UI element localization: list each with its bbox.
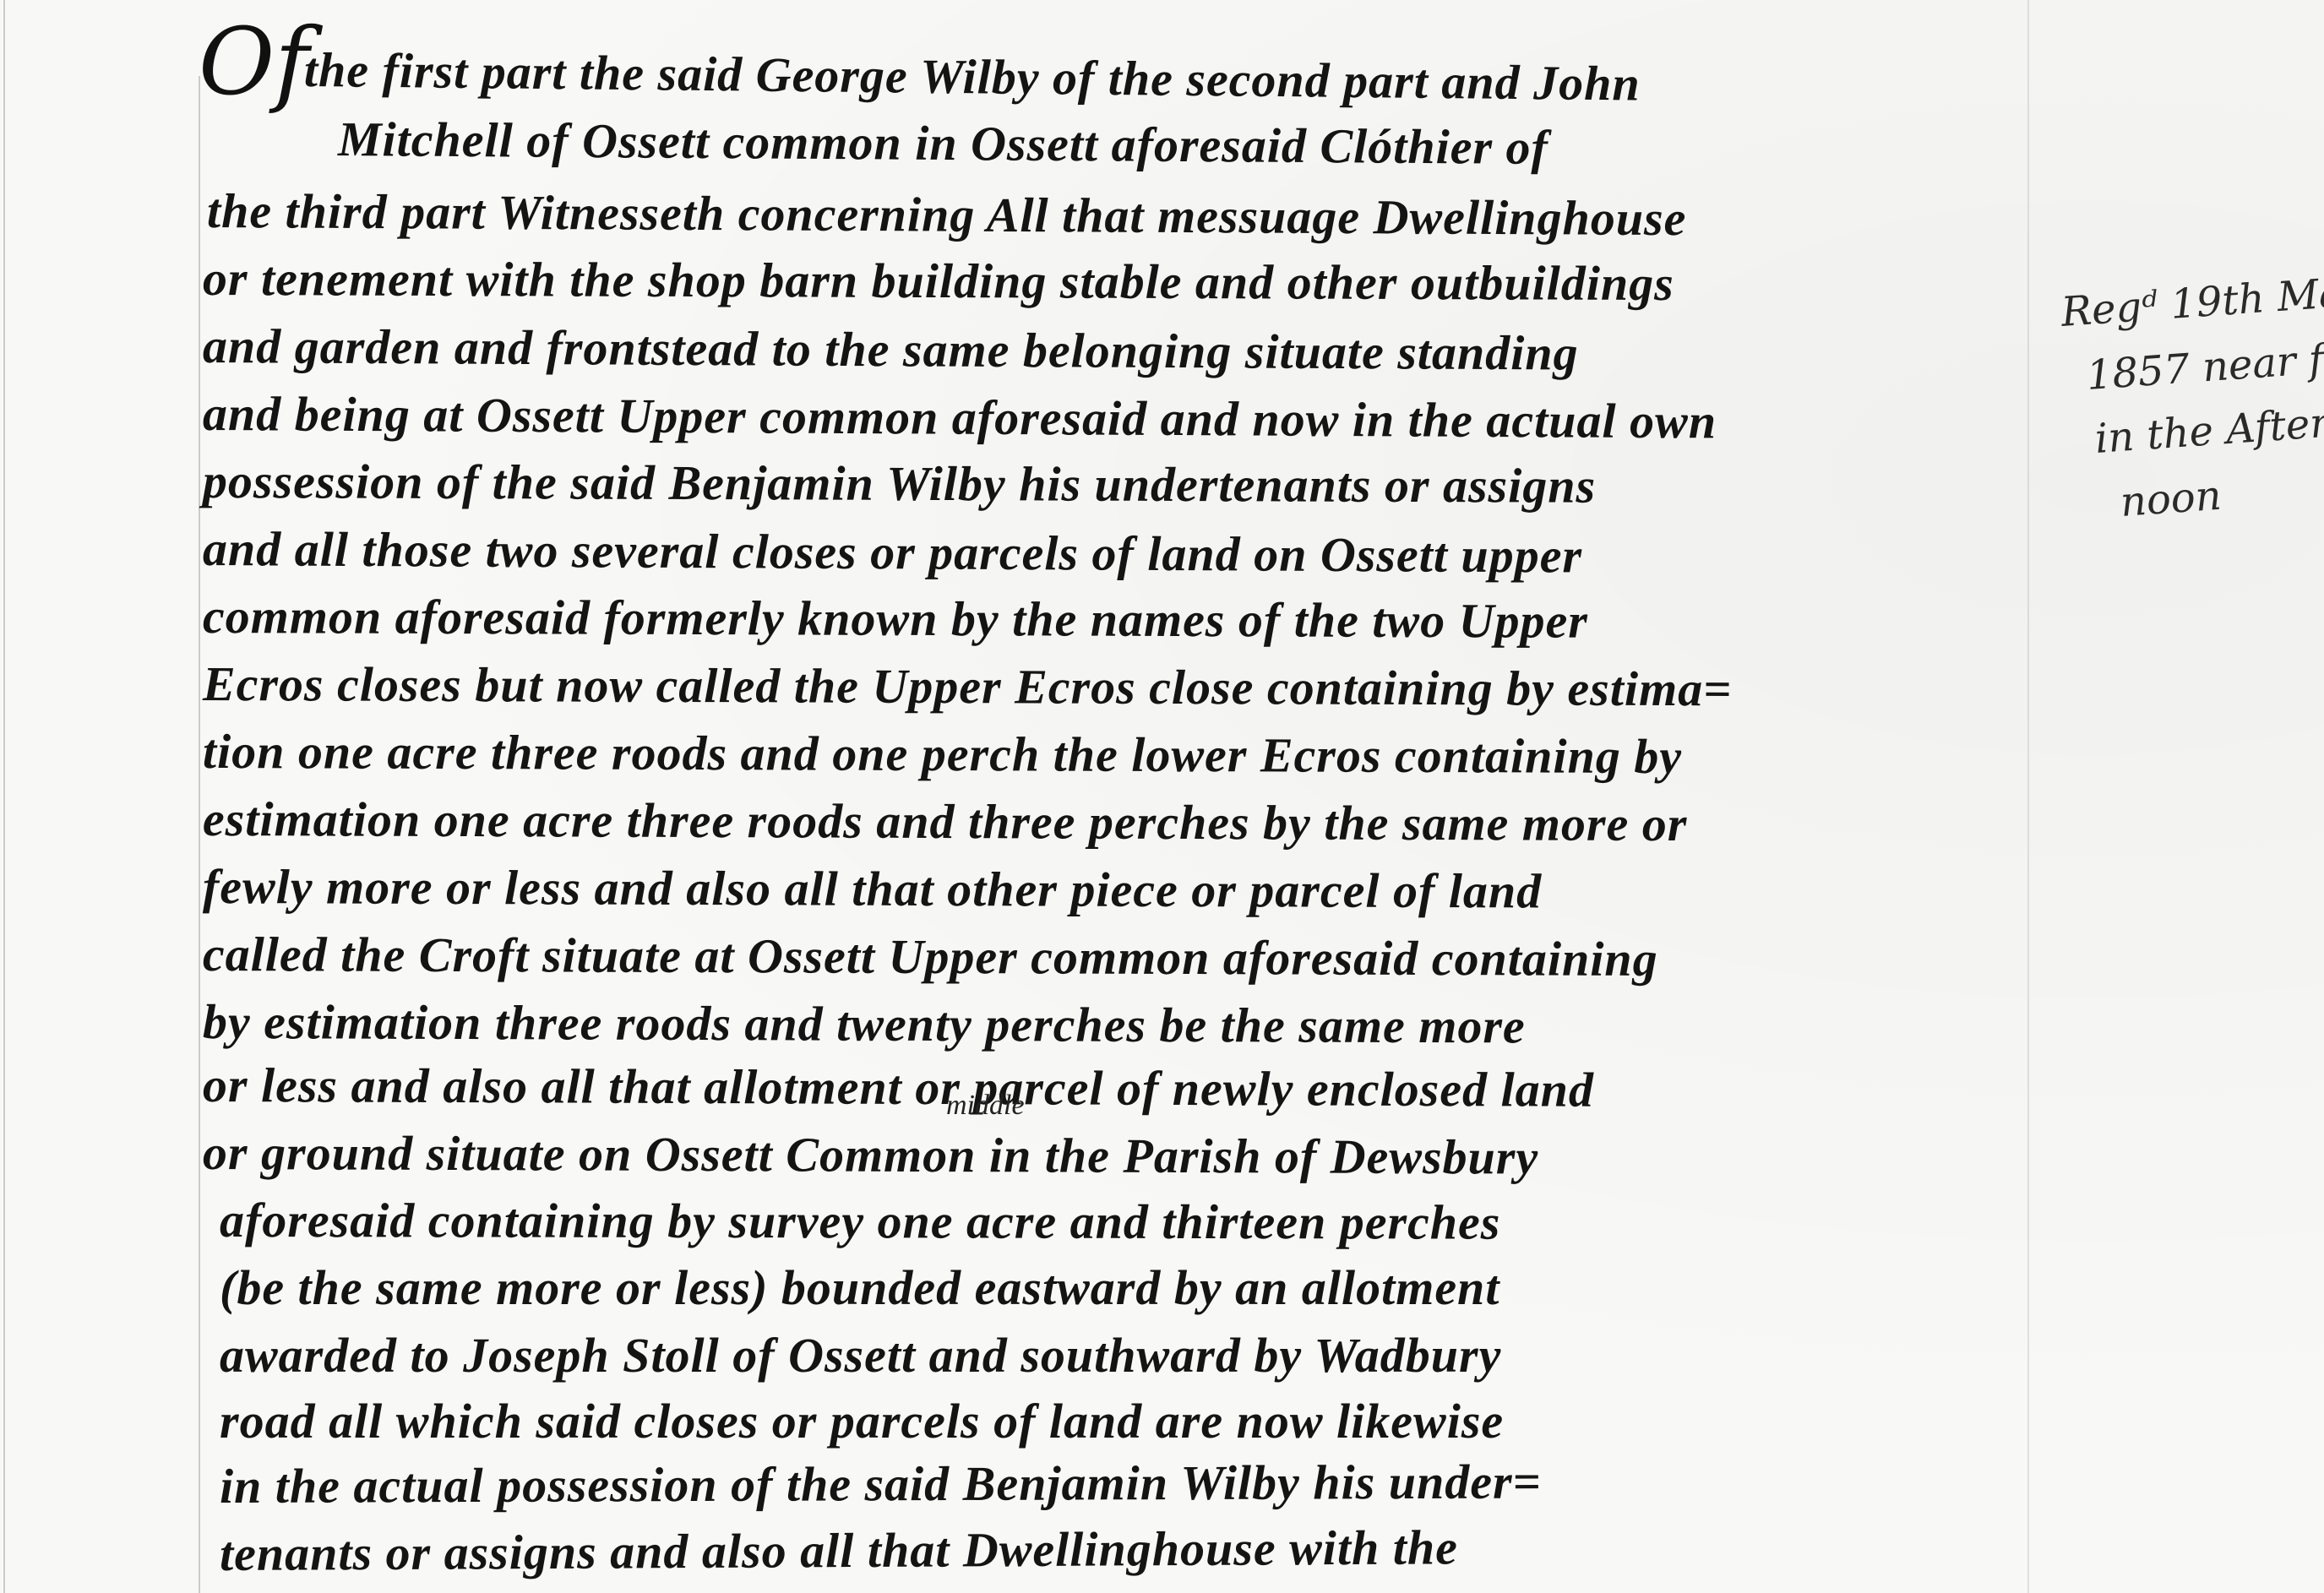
text-line-12: estimation one acre three roods and thre… xyxy=(203,790,1688,854)
text-line-16: or less and also all that allotment or p… xyxy=(203,1056,1594,1120)
text-line-20: awarded to Joseph Stoll of Ossett and so… xyxy=(220,1326,1501,1385)
text-line-15: by estimation three roods and twenty per… xyxy=(203,992,1526,1056)
text-line-19: (be the same more or less) bounded eastw… xyxy=(220,1259,1499,1318)
text-line-13: fewly more or less and also all that oth… xyxy=(203,857,1542,922)
decorated-initial: Of xyxy=(199,15,309,108)
left-margin-rule xyxy=(199,76,200,1593)
text-line-4: or tenement with the shop barn building … xyxy=(203,249,1674,313)
text-line-8: and all those two several closes or parc… xyxy=(203,519,1582,586)
text-line-5: and garden and frontstead to the same be… xyxy=(203,317,1579,383)
text-line-17: or ground situate on Ossett Common in th… xyxy=(203,1123,1538,1188)
text-line-3: the third part Witnesseth concerning All… xyxy=(207,182,1687,248)
text-line-14: called the Croft situate at Ossett Upper… xyxy=(203,925,1658,989)
text-line-2: Mitchell of Ossett common in Ossett afor… xyxy=(338,110,1548,177)
text-line-21: road all which said closes or parcels of… xyxy=(220,1392,1504,1451)
text-line-7: possession of the said Benjamin Wilby hi… xyxy=(203,452,1596,516)
page-edge xyxy=(3,0,5,1593)
text-line-6: and being at Ossett Upper common aforesa… xyxy=(203,384,1717,451)
document-page: Of the first part the said George Wilby … xyxy=(0,0,2324,1593)
text-line-23: tenants or assigns and also all that Dwe… xyxy=(220,1518,1458,1584)
text-line-11: tion one acre three roods and one perch … xyxy=(203,722,1682,786)
margin-note-line: noon xyxy=(2118,462,2223,536)
text-line-9: common aforesaid formerly known by the n… xyxy=(203,587,1588,651)
right-margin-rule xyxy=(2027,0,2029,1593)
line-text: the first part the said George Wilby of … xyxy=(304,42,1641,111)
interlinear-insertion: middle xyxy=(946,1090,1025,1122)
text-line-10: Ecros closes but now called the Upper Ec… xyxy=(203,655,1732,719)
text-line-1: the first part the said George Wilby of … xyxy=(304,41,1641,114)
text-line-22: in the actual possession of the said Ben… xyxy=(220,1453,1542,1516)
text-line-18: aforesaid containing by survey one acre … xyxy=(220,1191,1501,1253)
